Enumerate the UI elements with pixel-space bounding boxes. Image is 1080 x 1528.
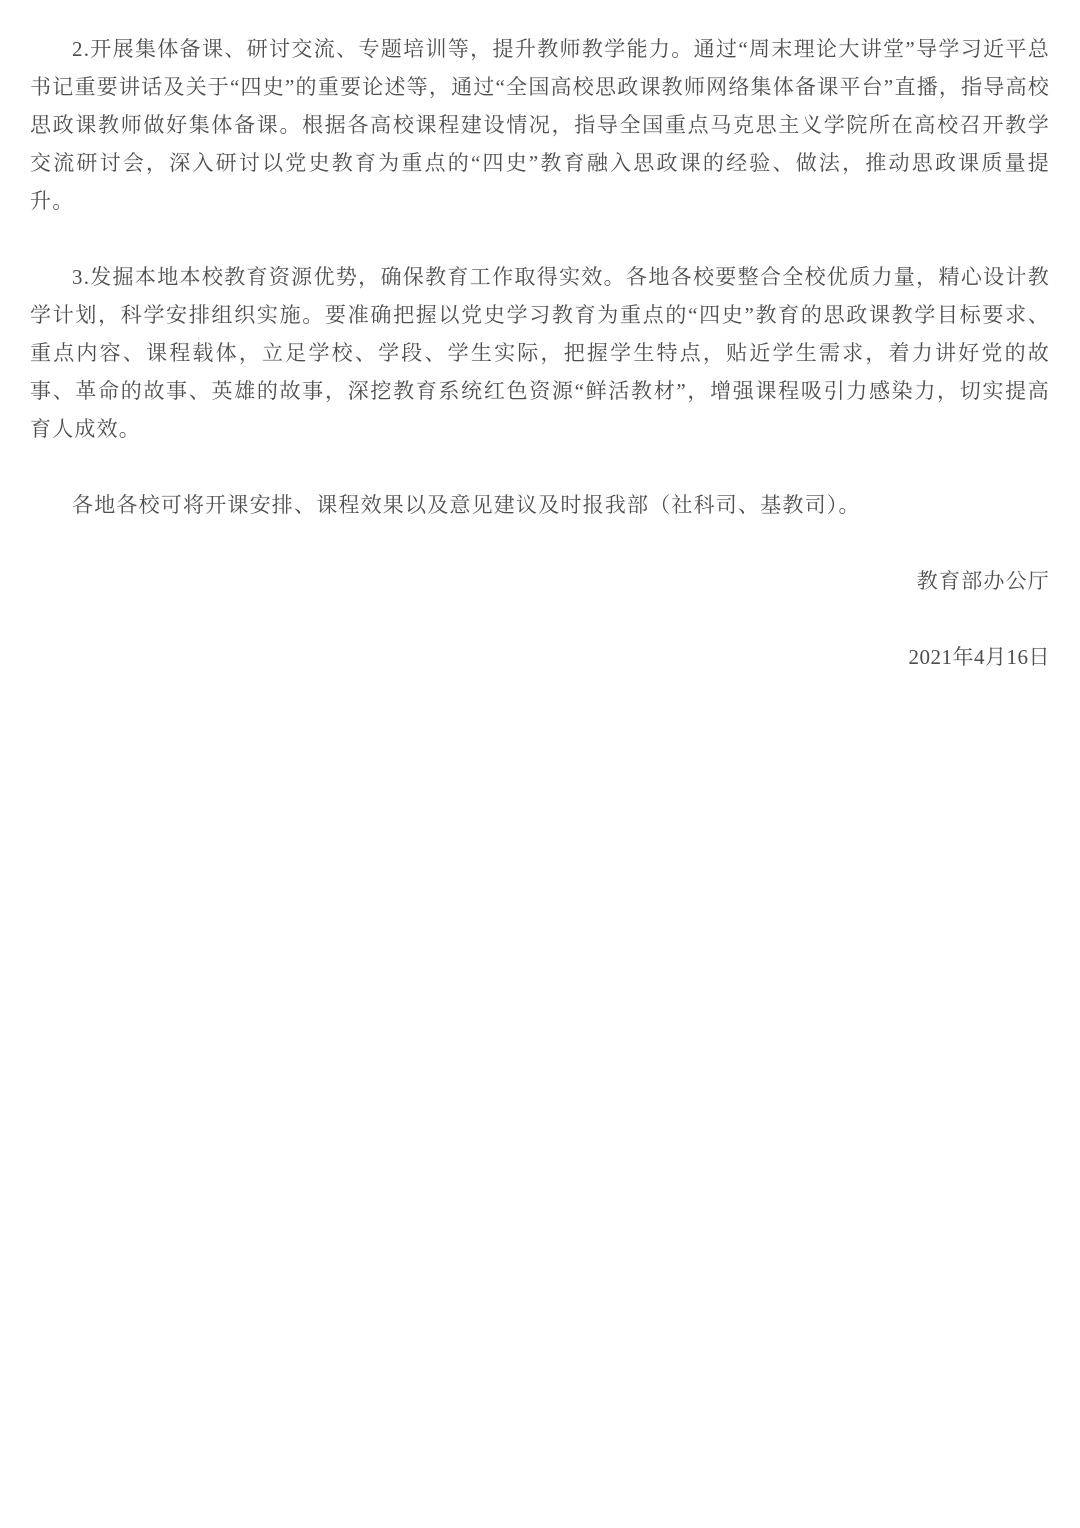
issuing-office-signature: 教育部办公厅 (30, 562, 1050, 600)
document-date: 2021年4月16日 (30, 638, 1050, 676)
closing-paragraph: 各地各校可将开课安排、课程效果以及意见建议及时报我部（社科司、基教司）。 (30, 486, 1050, 524)
document-page: 2.开展集体备课、研讨交流、专题培训等，提升教师教学能力。通过“周末理论大讲堂”… (0, 0, 1080, 1528)
paragraph-item-3: 3.发掘本地本校教育资源优势，确保教育工作取得实效。各地各校要整合全校优质力量，… (30, 258, 1050, 448)
paragraph-item-2: 2.开展集体备课、研讨交流、专题培训等，提升教师教学能力。通过“周末理论大讲堂”… (30, 30, 1050, 220)
